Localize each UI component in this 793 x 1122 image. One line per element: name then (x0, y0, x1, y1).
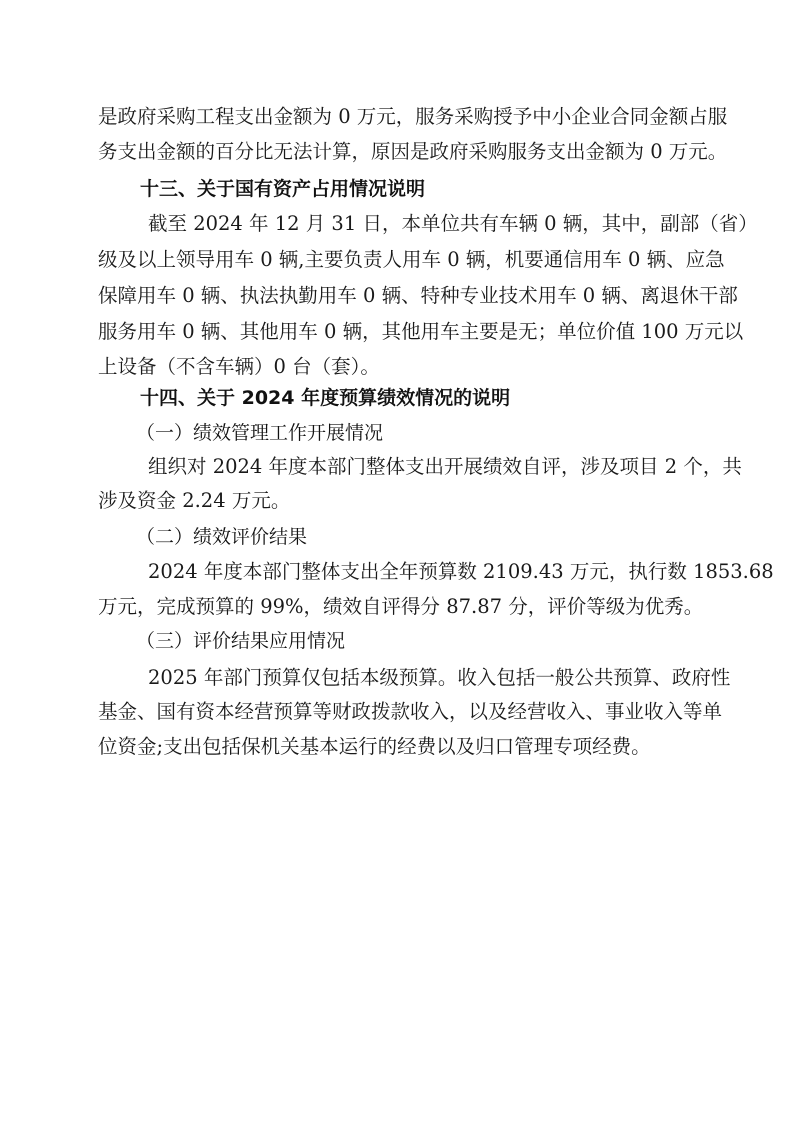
paragraph-line-budget-2: 基金、国有资本经营预算等财政拨款收入，以及经营收入、事业收入等单 (98, 697, 698, 727)
paragraph-line-procurement-1: 是政府采购工程支出金额为 0 万元，服务采购授予中小企业合同金额占服 (98, 102, 698, 132)
paragraph-line-vehicles-3: 保障用车 0 辆、执法执勤用车 0 辆、特种专业技术用车 0 辆、离退休干部 (98, 281, 698, 311)
subheading-performance-management: （一）绩效管理工作开展情况 (136, 418, 696, 448)
paragraph-line-procurement-2: 务支出金额的百分比无法计算，原因是政府采购服务支出金额为 0 万元。 (98, 137, 698, 167)
paragraph-line-self-evaluation-1: 组织对 2024 年度本部门整体支出开展绩效自评，涉及项目 2 个，共 (148, 452, 698, 482)
paragraph-line-self-evaluation-2: 涉及资金 2.24 万元。 (98, 486, 698, 516)
paragraph-line-budget-3: 位资金;支出包括保机关基本运行的经费以及归口管理专项经费。 (98, 732, 698, 762)
section-heading-14-performance: 十四、关于 2024 年度预算绩效情况的说明 (140, 383, 700, 413)
document-page: 是政府采购工程支出金额为 0 万元，服务采购授予中小企业合同金额占服 务支出金额… (0, 0, 793, 1122)
section-heading-13-state-assets: 十三、关于国有资产占用情况说明 (140, 174, 700, 204)
subheading-results-application: （三）评价结果应用情况 (136, 626, 696, 656)
paragraph-line-budget-1: 2025 年部门预算仅包括本级预算。收入包括一般公共预算、政府性 (148, 663, 698, 693)
paragraph-line-vehicles-2: 级及以上领导用车 0 辆,主要负责人用车 0 辆，机要通信用车 0 辆、应急 (98, 245, 698, 275)
paragraph-line-vehicles-5: 上设备（不含车辆）0 台（套）。 (98, 352, 698, 382)
subheading-evaluation-results: （二）绩效评价结果 (136, 522, 696, 552)
paragraph-line-vehicles-4: 服务用车 0 辆、其他用车 0 辆，其他用车主要是无；单位价值 100 万元以 (98, 317, 698, 347)
paragraph-line-results-2: 万元，完成预算的 99%，绩效自评得分 87.87 分，评价等级为优秀。 (98, 592, 698, 622)
paragraph-line-results-1: 2024 年度本部门整体支出全年预算数 2109.43 万元，执行数 1853.… (148, 557, 698, 587)
paragraph-line-vehicles-1: 截至 2024 年 12 月 31 日，本单位共有车辆 0 辆，其中，副部（省） (148, 209, 698, 239)
